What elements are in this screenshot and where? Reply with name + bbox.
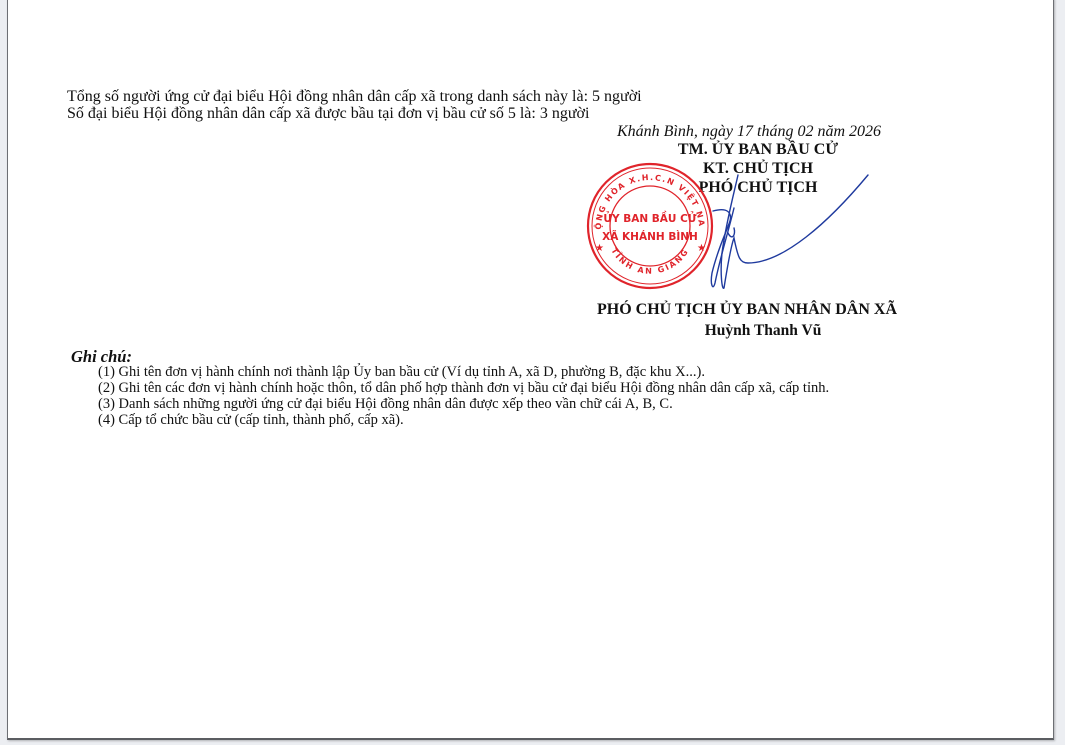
note-item: (4) Cấp tổ chức bầu cử (cấp tỉnh, thành … — [98, 412, 404, 428]
sig-line-1: TM. ỦY BAN BẦU CỬ — [608, 140, 908, 159]
note-item: (2) Ghi tên các đơn vị hành chính hoặc t… — [98, 380, 829, 396]
svg-text:★: ★ — [595, 243, 604, 254]
signer-title: PHÓ CHỦ TỊCH ỦY BAN NHÂN DÂN XÃ — [597, 301, 897, 319]
date-place: Khánh Bình, ngày 17 tháng 02 năm 2026 — [617, 123, 881, 141]
total-candidates-text: Tổng số người ứng cử đại biểu Hội đồng n… — [67, 88, 642, 106]
signer-name: Huỳnh Thanh Vũ — [598, 322, 928, 340]
document-page: Tổng số người ứng cử đại biểu Hội đồng n… — [7, 0, 1054, 740]
svg-text:ỦY BAN BẦU CỬ: ỦY BAN BẦU CỬ — [603, 211, 696, 225]
note-item: (1) Ghi tên đơn vị hành chính nơi thành … — [98, 364, 705, 380]
elected-count-text: Số đại biểu Hội đồng nhân dân cấp xã đượ… — [67, 105, 589, 123]
svg-text:XÃ KHÁNH BÌNH: XÃ KHÁNH BÌNH — [602, 230, 698, 243]
note-item: (3) Danh sách những người ứng cử đại biể… — [98, 396, 673, 412]
handwritten-signature-icon — [688, 163, 888, 298]
svg-text:TỈNH AN GIANG: TỈNH AN GIANG — [609, 246, 691, 275]
